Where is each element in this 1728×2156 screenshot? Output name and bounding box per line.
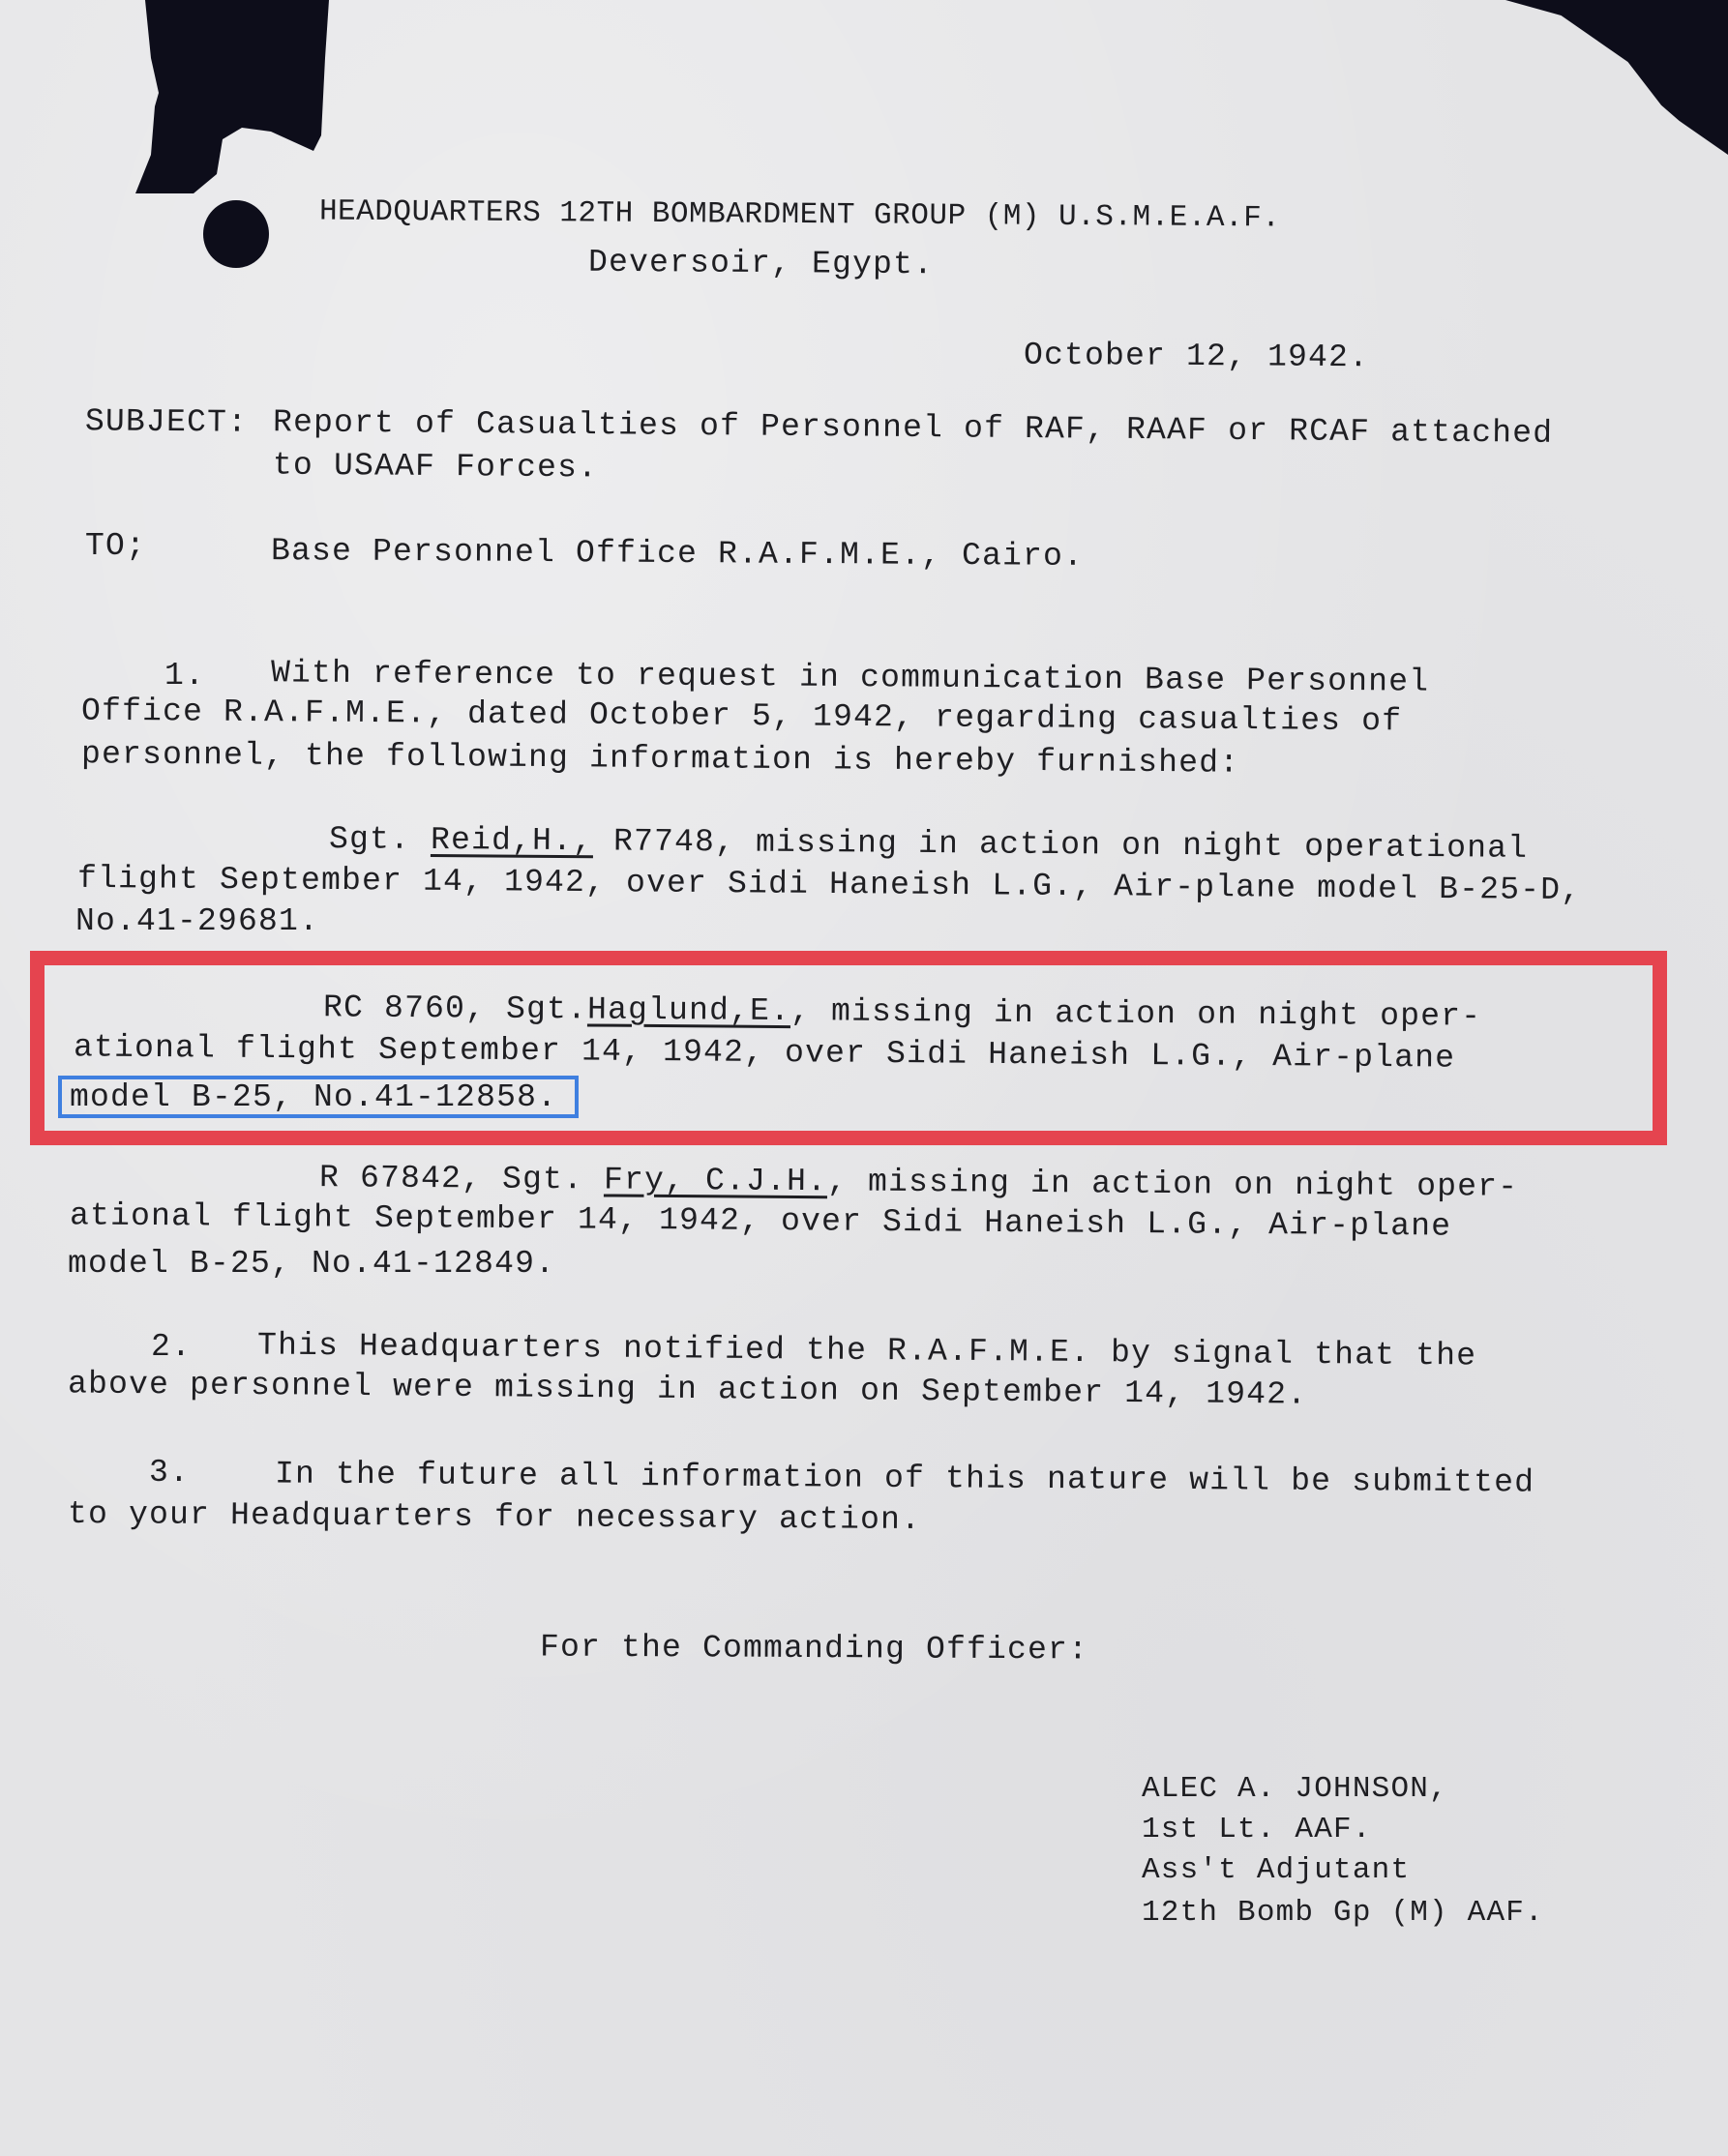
casualty-name: Reid,H., xyxy=(431,822,593,859)
letterhead-location: Deversoir, Egypt. xyxy=(588,247,934,281)
paragraph-2-number: 2. xyxy=(151,1331,192,1363)
paragraph-1-line-1: With reference to request in communicati… xyxy=(271,657,1429,697)
casualty-fry-line-1: R 67842, Sgt. Fry, C.J.H., missing in ac… xyxy=(319,1162,1518,1203)
signature-title: Ass't Adjutant xyxy=(1142,1855,1410,1885)
to-value: Base Personnel Office R.A.F.M.E., Cairo. xyxy=(271,535,1084,573)
signature-name: ALEC A. JOHNSON, xyxy=(1142,1774,1448,1804)
paragraph-1-number: 1. xyxy=(164,660,205,692)
casualty-name: Fry, C.J.H. xyxy=(604,1162,827,1199)
subject-label: SUBJECT: xyxy=(85,405,248,438)
punch-hole xyxy=(203,200,269,268)
highlight-box-line xyxy=(58,1076,579,1118)
signature-rank: 1st Lt. AAF. xyxy=(1142,1815,1372,1845)
letterhead-title: HEADQUARTERS 12TH BOMBARDMENT GROUP (M) … xyxy=(319,197,1281,234)
casualty-reid-line-1: Sgt. Reid,H., R7748, missing in action o… xyxy=(329,823,1528,865)
paragraph-1-line-3: personnel, the following information is … xyxy=(81,738,1239,779)
closing-line: For the Commanding Officer: xyxy=(540,1632,1088,1667)
signature-unit: 12th Bomb Gp (M) AAF. xyxy=(1142,1898,1544,1928)
document-date: October 12, 1942. xyxy=(1024,340,1369,373)
casualty-reid-line-3: No.41-29681. xyxy=(75,905,319,937)
paragraph-3-line-1: In the future all information of this na… xyxy=(275,1458,1534,1498)
to-label: TO; xyxy=(85,530,146,562)
paragraph-3-line-2: to your Headquarters for necessary actio… xyxy=(68,1498,921,1536)
paragraph-3-number: 3. xyxy=(149,1457,190,1489)
casualty-fry-line-3: model B-25, No.41-12849. xyxy=(68,1248,555,1280)
subject-line-2: to USAAF Forces. xyxy=(273,450,598,485)
